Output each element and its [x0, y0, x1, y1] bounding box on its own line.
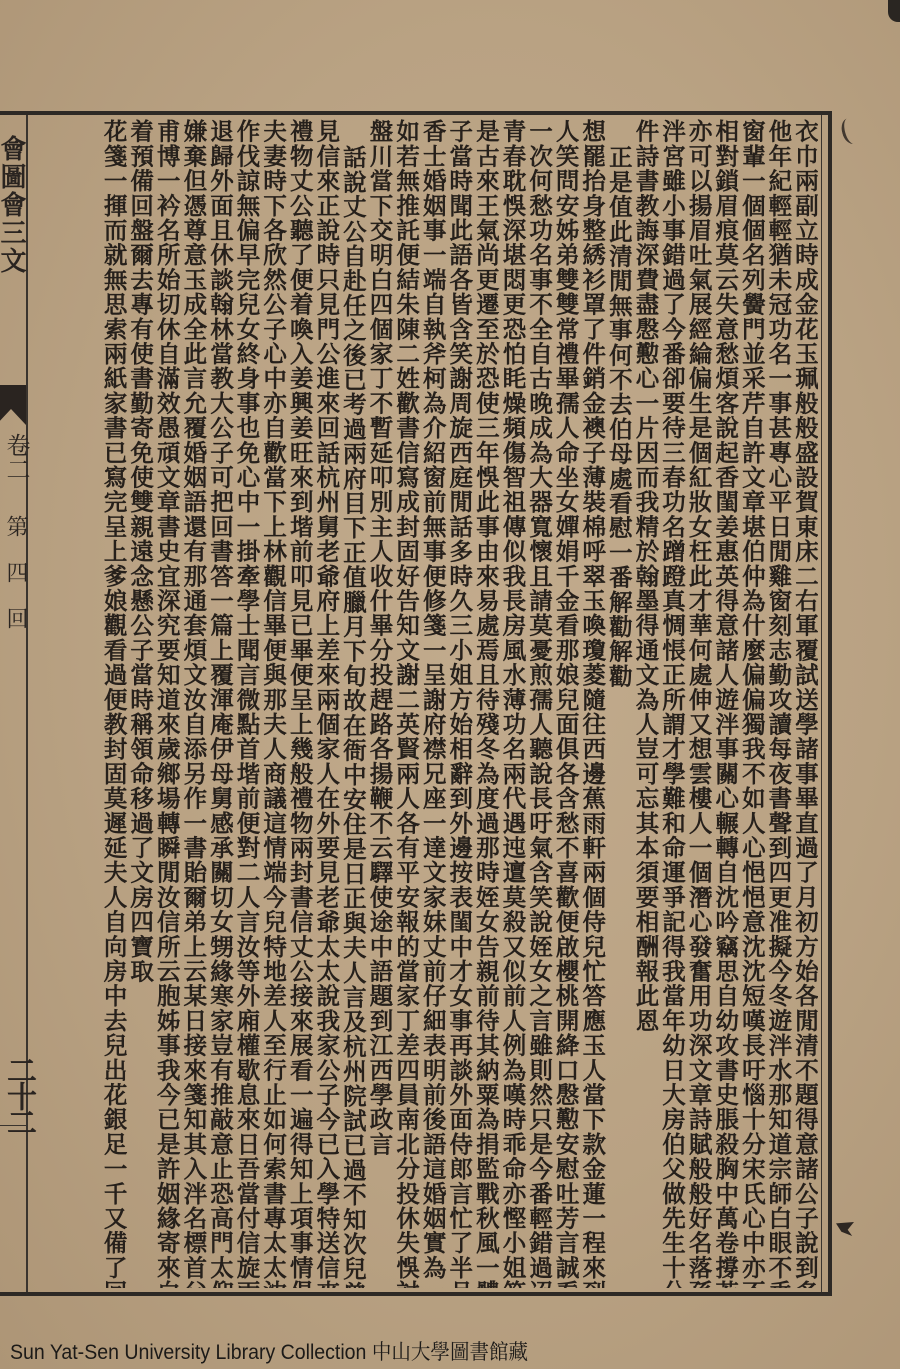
chapter-label: 第四回 [0, 515, 31, 653]
text-column: 衣巾兩副立時成金花玉珮般般盛設賀東床二右軍覆試送學諸事畢直過了月初方始各閒清不題… [791, 119, 818, 1288]
fold-margin-column: 會圖會三文 卷二 第四回 二十二 [0, 115, 28, 1292]
text-column: 着預備回盤爾去專有使書勤寄免使雙親遠念懸公子當時稱領命移過了文房四寶取 [127, 119, 154, 1288]
text-column: 話說丈公自赴任之後已考過兩府目下正值臘月下旬故在衙中安住是日正與夫人言及杭州院試… [339, 119, 366, 1288]
book-title: 會圖會三文 [0, 135, 24, 275]
page-tear-mark [836, 1222, 854, 1236]
text-column: 想罷抬身整綉衫罩了件銷金襖子薄裝棉呼翠玉喚瓊菱隨往西邊蕉雨軒兩個侍兒忙答應玉人當… [579, 119, 606, 1288]
text-column: 亦可以揚眉吐氣展經綸偏生是個紅妝女枉此才華何處伸又想雲樓人一個潛心發奮用功深文章… [685, 119, 712, 1288]
text-column: 如若無推託便結朱陳二姓歡書信寫成封固好告知文謝二英賢兩人各有平安報的當家丁差四員… [393, 119, 420, 1288]
text-column: 香士婚姻事一端自執斧柯為介紹窗前無事便修箋一呈謝府襟兄座一達文家妹丈前仔細表明前… [419, 119, 446, 1288]
text-column: 相對鎖眉痕莫云失意愁煩客說起香閨姜惠英得意諸人遊泮事關心輾轉自沈吟竊思自幼攻書史… [712, 119, 739, 1288]
text-column: 嫌棄但憑尊意玉成全此言允覆婚姻語還有那通套煩文汝自添另作一書貽爾弟上云某日接來箋… [180, 119, 207, 1288]
text-column: 一次何愁功名事不全自古晚成為大器寬懷且請莫憂煎孺人聽說長吁氣含笑說姪女之言雖則然… [525, 119, 552, 1288]
text-column: 退歸外面且休談翰林當教大公子可把回書答一篇上覆渾庵伊母舅感承關切女甥緣寒家豈有推… [206, 119, 233, 1288]
text-column: 件詩書教誨深費盡慇懃心一片因而我精於翰墨得通文為人豈可忘其本須要相酬報此恩 [632, 119, 659, 1288]
text-column: 見信來正說時只見門公進來回話杭州舅老爺府上差來兩個家人在外要見老爺太太說我家公子… [313, 119, 340, 1288]
scanned-page: 會圖會三文 卷二 第四回 二十二 衣巾兩副立時成金花玉珮般般盛設賀東床二右軍覆試… [0, 0, 900, 1369]
text-column: 他年紀輕輕猶未冠功名一事甚專心平日閒雞窗刻志勤攻讀每夜書聲到四更准擬今冬遊泮水那… [765, 119, 792, 1288]
text-column: 花箋一揮而就無思索兩紙家書已寫完呈上爹娘觀看過便教封固莫遲延夫人自向房中去兒出花… [100, 119, 127, 1288]
printed-text-frame: 會圖會三文 卷二 第四回 二十二 衣巾兩副立時成金花玉珮般般盛設賀東床二右軍覆試… [0, 111, 832, 1296]
library-collection-caption: Sun Yat-Sen University Library Collectio… [10, 1336, 528, 1366]
text-column: 窗輩一個個名列黌門並采芹自許文章堪伯仲為什麼偏偏獨我不如人心悒悒意沈沈短嘆長吁惱… [738, 119, 765, 1288]
text-column: 夫妻時下各欣然公子心中亦自歡當下上林觀信畢便與那夫人商議這情端今兒特地差人至行止… [260, 119, 287, 1288]
text-column: 作伐諒無偏早完兒女終身事也免心中一掛牽學士聞言微點首堦前便對二人言汝等外廂權歇息… [233, 119, 260, 1288]
text-column: 甫博一衿名所始切休自滿效愚頑文章書史宜深究要知道來歲鄉場轉瞬閒汝信所云胞姊事我今… [153, 119, 180, 1288]
margin-divider [0, 1125, 26, 1126]
text-column: 禮物丈公聽了便着喚入姜興姜旺來到堦前叩見已畢便呈上幾般禮物兩封書信丈公接來展看一… [286, 119, 313, 1288]
text-column: 泮宮雖小事錯過了今番卻要待三春功名蹭蹬真惆悵正所謂才學難和命運爭記得我當年幼日大… [658, 119, 685, 1288]
text-column: 人笑問安姊弟雙雙常禮畢孺人命坐女嬋娟千金看那娘兒面俱各含愁不喜歡便啟櫻桃開絳口慇… [552, 119, 579, 1288]
fishtail-mark [0, 385, 26, 425]
vertical-text-body: 衣巾兩副立時成金花玉珮般般盛設賀東床二右軍覆試送學諸事畢直過了月初方始各閒清不題… [28, 119, 818, 1288]
text-column: 正是值此清閒無事何不去伯母處看慰一番解勸解勸 [605, 119, 632, 1288]
text-column: 青春耽悞深堪悶更恐怕眊燥頻傷智祖傳似我長房風水薄功名兩代遇迍邅莫殺又似前人例為嘆… [499, 119, 526, 1288]
text-column: 盤川當下交明白四個家丁不暫延叩別主人收什畢分投趕路各揚鞭不云驛使途中語題到江西學… [366, 119, 393, 1288]
binding-hole-mark [839, 116, 862, 146]
text-column: 子當時聞此語各皆含笑謝周旋西庭閒話多時久三小姐方始相辭到外邊按表閨中才女事再談外… [446, 119, 473, 1288]
text-column: 是古來王氣尚更遷至於恐使三年悞此事由來易處焉且待殘冬為度過那時姪女告親前待其納粟… [472, 119, 499, 1288]
page-corner-damage [888, 0, 900, 22]
